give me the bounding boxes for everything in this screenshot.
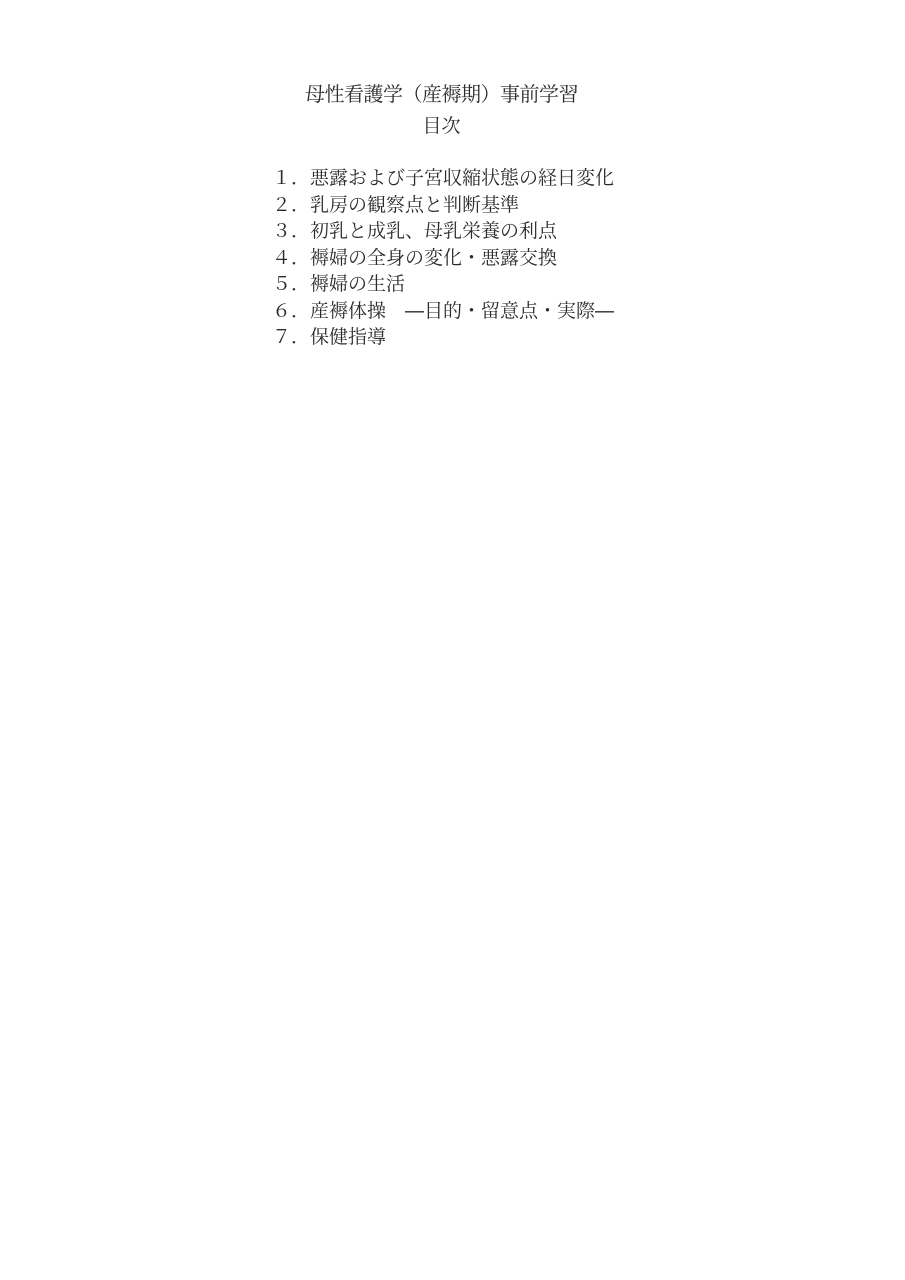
toc-entry-number: ７． (272, 324, 310, 351)
toc-entry-label: 乳房の観察点と判断基準 (310, 194, 519, 216)
document-header: 母性看護学（産褥期）事前学習 目次 (0, 82, 883, 138)
toc-entry: ５．褥婦の生活 (272, 271, 614, 298)
toc-entry-label: 初乳と成乳、母乳栄養の利点 (310, 220, 557, 242)
toc-entry-number: １． (272, 165, 310, 192)
toc-entry-number: ６． (272, 298, 310, 325)
toc-entry-number: ３． (272, 218, 310, 245)
toc-entry: ３．初乳と成乳、母乳栄養の利点 (272, 218, 614, 245)
toc-entry-number: ２． (272, 192, 310, 219)
toc-entry-label: 悪露および子宮収縮状態の経日変化 (310, 167, 614, 189)
toc-entry-label: 産褥体操 ―目的・留意点・実際― (310, 300, 614, 322)
toc-entry: ６．産褥体操 ―目的・留意点・実際― (272, 298, 614, 325)
toc-entry: ２．乳房の観察点と判断基準 (272, 192, 614, 219)
toc-entry-number: ５． (272, 271, 310, 298)
toc-heading: 目次 (0, 115, 883, 138)
table-of-contents: １．悪露および子宮収縮状態の経日変化 ２．乳房の観察点と判断基準 ３．初乳と成乳… (272, 165, 614, 351)
document-title: 母性看護学（産褥期）事前学習 (0, 82, 883, 106)
toc-entry: ４．褥婦の全身の変化・悪露交換 (272, 245, 614, 272)
toc-entry-label: 褥婦の生活 (310, 273, 405, 295)
toc-entry-label: 保健指導 (310, 326, 386, 348)
scanned-document-page: 母性看護学（産褥期）事前学習 目次 １．悪露および子宮収縮状態の経日変化 ２．乳… (0, 0, 905, 1280)
toc-entry-label: 褥婦の全身の変化・悪露交換 (310, 247, 557, 269)
toc-entry-number: ４． (272, 245, 310, 272)
toc-entry: １．悪露および子宮収縮状態の経日変化 (272, 165, 614, 192)
toc-entry: ７．保健指導 (272, 324, 614, 351)
